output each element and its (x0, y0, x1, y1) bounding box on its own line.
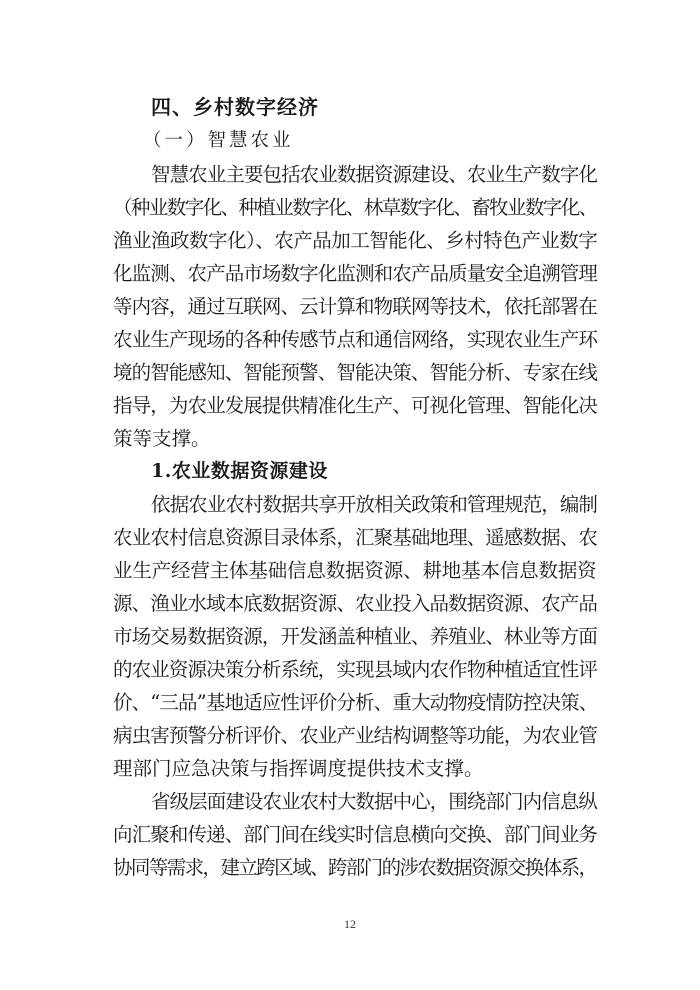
text-line: 依据农业农村数据共享开放相关政策和管理规范，编制 (113, 488, 597, 521)
text-line: 指导，为农业发展提供精准化生产、可视化管理、智能化决 (113, 389, 597, 422)
text-column: 四、乡村数字经济 （一）智慧农业 智慧农业主要包括农业数据资源建设、农业生产数字… (113, 91, 597, 884)
text-line: 省级层面建设农业农村大数据中心，围绕部门内信息纵 (113, 785, 597, 818)
text-line: 业生产经营主体基础信息数据资源、耕地基本信息数据资 (113, 554, 597, 587)
text-line: 等内容，通过互联网、云计算和物联网等技术，依托部署在 (113, 290, 597, 323)
text-line: 的农业资源决策分析系统，实现县域内农作物种植适宜性评 (113, 653, 597, 686)
text-line: 渔业渔政数字化）、农产品加工智能化、乡村特色产业数字 (113, 224, 597, 257)
item-heading: 1.农业数据资源建设 (113, 455, 597, 488)
section-heading: 四、乡村数字经济 (113, 91, 597, 125)
subsection-heading: （一）智慧农业 (113, 125, 597, 158)
text-line: 化监测、农产品市场数字化监测和农产品质量安全追溯管理 (113, 257, 597, 290)
paragraph-data-resources: 依据农业农村数据共享开放相关政策和管理规范，编制农业农村信息资源目录体系，汇聚基… (113, 488, 597, 785)
text-line: 策等支撑。 (113, 422, 597, 455)
paragraph-smart-agriculture: 智慧农业主要包括农业数据资源建设、农业生产数字化（种业数字化、种植业数字化、林草… (113, 158, 597, 455)
text-line: 农业生产现场的各种传感节点和通信网络，实现农业生产环 (113, 323, 597, 356)
text-line: 价、“三品”基地适应性评价分析、重大动物疫情防控决策、 (113, 686, 597, 719)
text-line: 向汇聚和传递、部门间在线实时信息横向交换、部门间业务 (113, 818, 597, 851)
text-line: 智慧农业主要包括农业数据资源建设、农业生产数字化 (113, 158, 597, 191)
text-line: 农业农村信息资源目录体系，汇聚基础地理、遥感数据、农 (113, 521, 597, 554)
page-number: 12 (0, 917, 700, 932)
text-line: 源、渔业水域本底数据资源、农业投入品数据资源、农产品 (113, 587, 597, 620)
document-page: 四、乡村数字经济 （一）智慧农业 智慧农业主要包括农业数据资源建设、农业生产数字… (0, 0, 700, 990)
text-line: 协同等需求，建立跨区域、跨部门的涉农数据资源交换体系， (113, 851, 597, 884)
text-line: 病虫害预警分析评价、农业产业结构调整等功能，为农业管 (113, 719, 597, 752)
text-line: 境的智能感知、智能预警、智能决策、智能分析、专家在线 (113, 356, 597, 389)
text-line: （种业数字化、种植业数字化、林草数字化、畜牧业数字化、 (113, 191, 597, 224)
paragraph-provincial-center: 省级层面建设农业农村大数据中心，围绕部门内信息纵向汇聚和传递、部门间在线实时信息… (113, 785, 597, 884)
text-line: 理部门应急决策与指挥调度提供技术支撑。 (113, 752, 597, 785)
text-line: 市场交易数据资源，开发涵盖种植业、养殖业、林业等方面 (113, 620, 597, 653)
